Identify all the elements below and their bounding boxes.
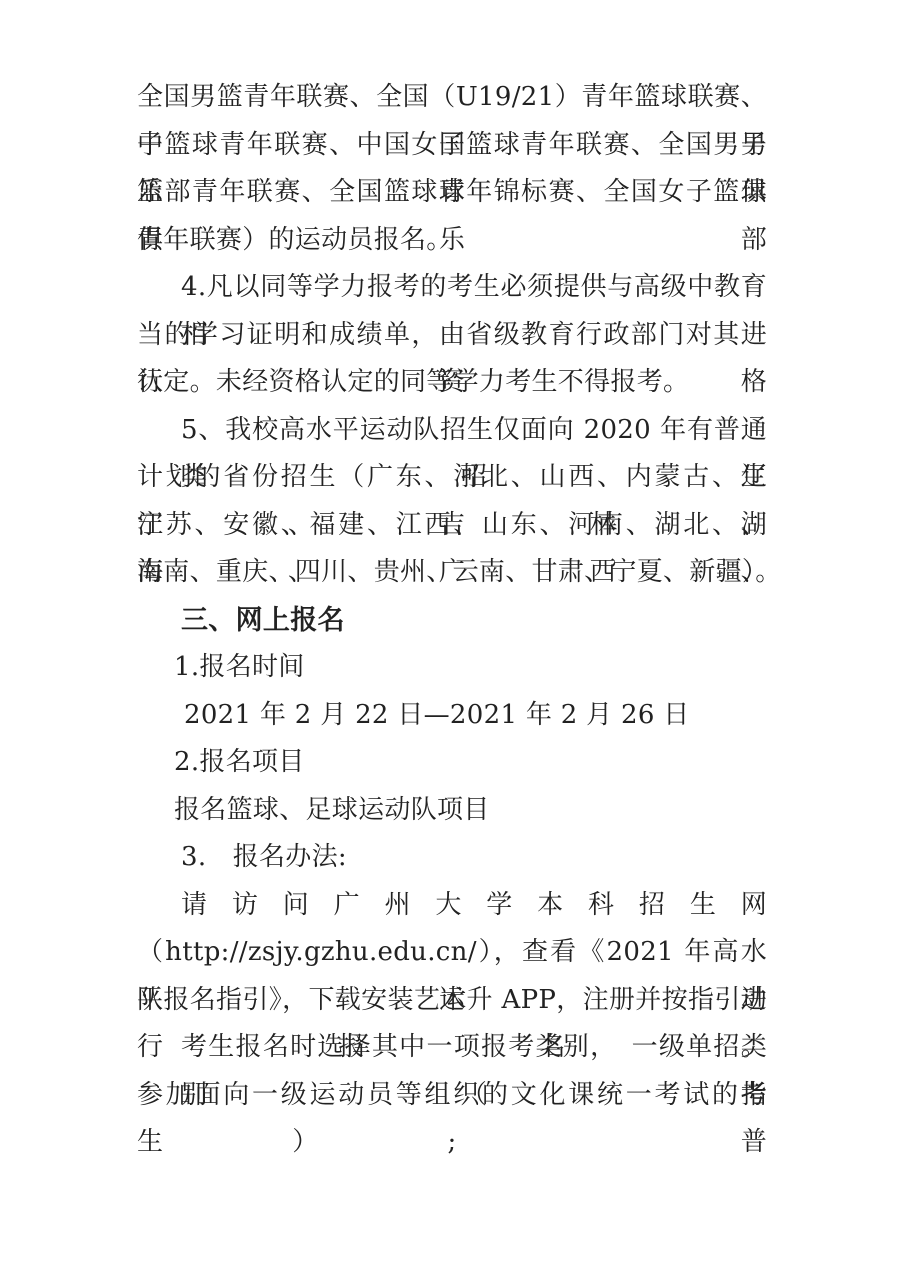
paragraph-item5-line-3: 江苏、安徽、福建、江西、山东、河南、湖北、湖南、广西、 [137, 502, 767, 550]
paragraph-item4-line-2: 当的学习证明和成绩单，由省级教育行政部门对其进行资格 [137, 312, 767, 360]
registration-method-url-line: （http://zsjy.gzhu.edu.cn/），查看《2021 年高水平运… [137, 929, 767, 977]
item-registration-method-label: 3. 报名办法: [137, 834, 767, 882]
registration-time-dates: 2021 年 2 月 22 日—2021 年 2 月 26 日 [137, 692, 767, 740]
document-text-block: 全国男篮青年联赛、全国（U19/21）青年篮球联赛、中国男 子篮球青年联赛、中国… [137, 74, 767, 1119]
document-page: 全国男篮青年联赛、全国（U19/21）青年篮球联赛、中国男 子篮球青年联赛、中国… [0, 0, 900, 1273]
paragraph-leagues-line-2: 子篮球青年联赛、中国女子篮球青年联赛、全国男子篮球俱 [137, 122, 767, 170]
paragraph-item5-line-4: 海南、重庆、四川、贵州、云南、甘肃、宁夏、新疆）。 [137, 549, 767, 597]
paragraph-item5-line-1: 5、我校高水平运动队招生仅面向 2020 年有普通类招生 [137, 407, 767, 455]
registration-events-text: 报名篮球、足球运动队项目 [137, 787, 767, 835]
paragraph-item4-line-3: 认定。未经资格认定的同等学力考生不得报考。 [137, 359, 767, 407]
item-registration-events-label: 2.报名项目 [137, 739, 767, 787]
paragraph-item5-line-2: 计划的省份招生（广东、河北、山西、内蒙古、辽宁、吉林、 [137, 454, 767, 502]
paragraph-category-line-1: 考生报名时选择其中一项报考类别， 一级单招类别（指 [137, 1024, 767, 1072]
registration-method-line-3: 队报名指引》，下载安装艺术升 APP，注册并按指引进行报名。 [137, 977, 767, 1025]
paragraph-leagues-line-1: 全国男篮青年联赛、全国（U19/21）青年篮球联赛、中国男 [137, 74, 767, 122]
paragraph-leagues-line-3: 乐部青年联赛、全国篮球青年锦标赛、全国女子篮球俱乐部 [137, 169, 767, 217]
item-registration-time-label: 1.报名时间 [137, 644, 767, 692]
paragraph-category-line-2: 参加面向一级运动员等组织的文化课统一考试的考生）; 普 [137, 1072, 767, 1120]
paragraph-item4-line-1: 4.凡以同等学力报考的考生必须提供与高级中教育相 [137, 264, 767, 312]
section-heading-online-registration: 三、网上报名 [137, 597, 767, 645]
registration-method-line-1: 请 访 问 广 州 大 学 本 科 招 生 网 [137, 882, 767, 930]
